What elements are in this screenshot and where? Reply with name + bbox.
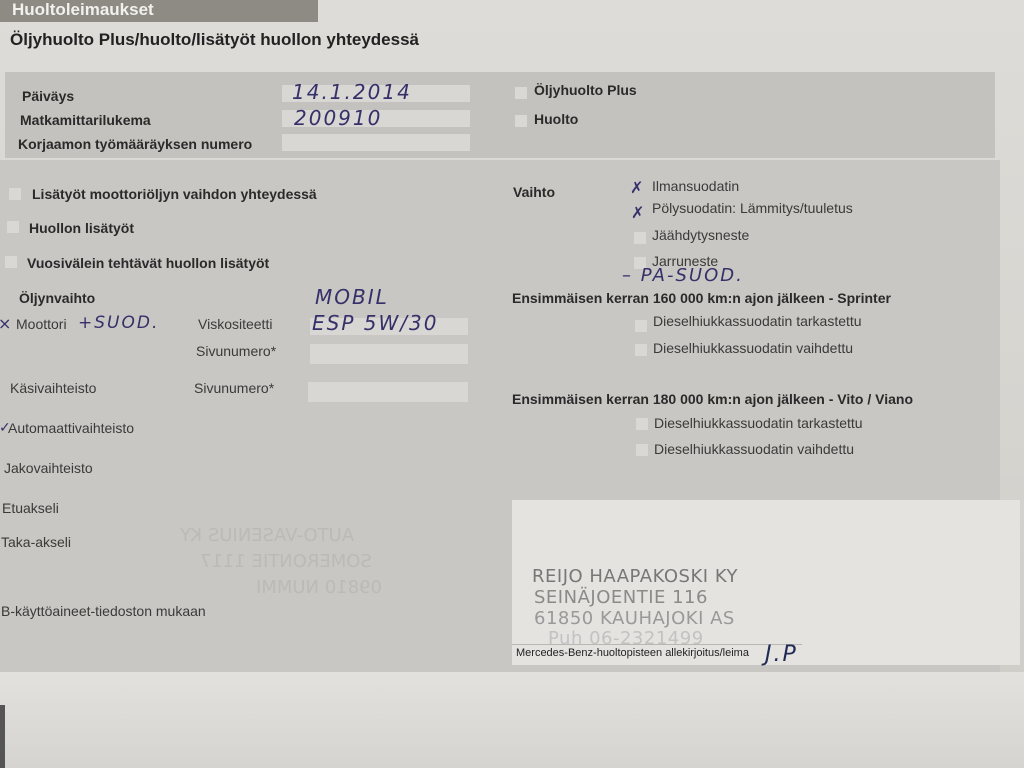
stamp-line-3: 61850 KAUHAJOKI AS — [534, 608, 735, 629]
manual-page-number-field[interactable] — [308, 382, 468, 402]
annual-extra-label: Vuosivälein tehtävät huollon lisätyöt — [27, 255, 269, 271]
date-label: Päiväys — [22, 88, 74, 104]
vito-dpf-inspected-label: Dieselhiukkassuodatin tarkastettu — [654, 415, 863, 431]
work-order-label: Korjaamon työmääräyksen numero — [18, 136, 252, 152]
viscosity-label: Viskositeetti — [198, 316, 272, 332]
replacement-heading: Vaihto — [513, 184, 555, 200]
section-title: Huoltoleimaukset — [0, 0, 318, 22]
page-subtitle: Öljyhuolto Plus/huolto/lisätyöt huollon … — [10, 30, 419, 50]
signature-handwritten: J.P — [765, 642, 798, 667]
air-filter-label: Ilmansuodatin — [652, 178, 739, 194]
cabin-filter-check-mark: ✗ — [631, 203, 644, 222]
cabin-filter-label: Pölysuodatin: Lämmitys/tuuletus — [652, 200, 853, 216]
service-extra-label: Huollon lisätyöt — [29, 220, 134, 236]
checkbox-service[interactable] — [515, 115, 527, 127]
stamp-line-2: SEINÄJOENTIE 116 — [534, 587, 708, 608]
checkbox-extra-work-oil[interactable] — [9, 188, 21, 200]
service-label: Huolto — [534, 111, 578, 127]
engine-note-handwritten: +SUOD. — [78, 313, 159, 333]
engine-check-mark: × — [0, 314, 11, 333]
checkbox-vito-dpf-inspected[interactable] — [636, 418, 648, 430]
ghost-stamp-line-2: SOMERONTIE 1117 — [200, 551, 372, 572]
ghost-stamp-line-3: 09810 NUMMI — [256, 577, 382, 598]
page-bottom-edge — [0, 672, 1024, 768]
date-value: 14.1.2014 — [292, 80, 412, 104]
checkbox-sprinter-dpf-inspected[interactable] — [635, 320, 647, 332]
sprinter-heading: Ensimmäisen kerran 160 000 km:n ajon jäl… — [512, 290, 891, 306]
checkbox-coolant[interactable] — [634, 232, 646, 244]
odometer-value: 200910 — [294, 106, 382, 130]
checkbox-annual-extra[interactable] — [5, 256, 17, 268]
checkbox-sprinter-dpf-replaced[interactable] — [635, 344, 647, 356]
manual-page-number-label: Sivunumero* — [194, 380, 274, 396]
rear-axle-label: Taka-akseli — [1, 534, 71, 550]
engine-label: Moottori — [16, 316, 67, 332]
oil-service-plus-label: Öljyhuolto Plus — [534, 82, 637, 98]
viscosity-value: ESP 5W/30 — [312, 311, 438, 335]
sprinter-dpf-inspected-label: Dieselhiukkassuodatin tarkastettu — [653, 313, 862, 329]
signature-line — [512, 644, 802, 645]
checkbox-oil-service-plus[interactable] — [515, 87, 527, 99]
ghost-stamp-line-1: AUTO-VASENIUS KY — [180, 525, 354, 546]
front-axle-label: Etuakseli — [2, 500, 59, 516]
automatic-gearbox-label: Automaattivaihteisto — [8, 420, 134, 436]
background-corner — [0, 705, 5, 768]
checkbox-vito-dpf-replaced[interactable] — [636, 444, 648, 456]
air-filter-check-mark: ✗ — [630, 178, 643, 197]
stamp-line-4: Puh 06-2321499 — [548, 628, 704, 649]
checkbox-service-extra[interactable] — [7, 221, 19, 233]
work-order-field[interactable] — [282, 134, 470, 151]
footnote: B-käyttöaineet-tiedoston mukaan — [1, 603, 206, 619]
stamp-line-1: REIJO HAAPAKOSKI KY — [532, 566, 738, 587]
vito-heading: Ensimmäisen kerran 180 000 km:n ajon jäl… — [512, 391, 913, 407]
oil-change-heading: Öljynvaihto — [19, 290, 95, 306]
transfer-case-label: Jakovaihteisto — [4, 460, 93, 476]
manual-gearbox-label: Käsivaihteisto — [10, 380, 96, 396]
coolant-label: Jäähdytysneste — [652, 227, 749, 243]
page-number-field[interactable] — [310, 344, 468, 364]
page-number-label: Sivunumero* — [196, 343, 276, 359]
service-record-page: Huoltoleimaukset Öljyhuolto Plus/huolto/… — [0, 0, 1024, 700]
oil-brand-handwritten: MOBIL — [315, 285, 389, 309]
vito-dpf-replaced-label: Dieselhiukkassuodatin vaihdettu — [654, 441, 854, 457]
extra-work-oil-label: Lisätyöt moottoriöljyn vaihdon yhteydess… — [32, 186, 317, 202]
signature-label: Mercedes-Benz-huoltopisteen allekirjoitu… — [516, 647, 749, 659]
sprinter-dpf-replaced-label: Dieselhiukkassuodatin vaihdettu — [653, 340, 853, 356]
odometer-label: Matkamittarilukema — [20, 112, 151, 128]
replacement-handwritten-note: – PA-SUOD. — [622, 265, 744, 286]
